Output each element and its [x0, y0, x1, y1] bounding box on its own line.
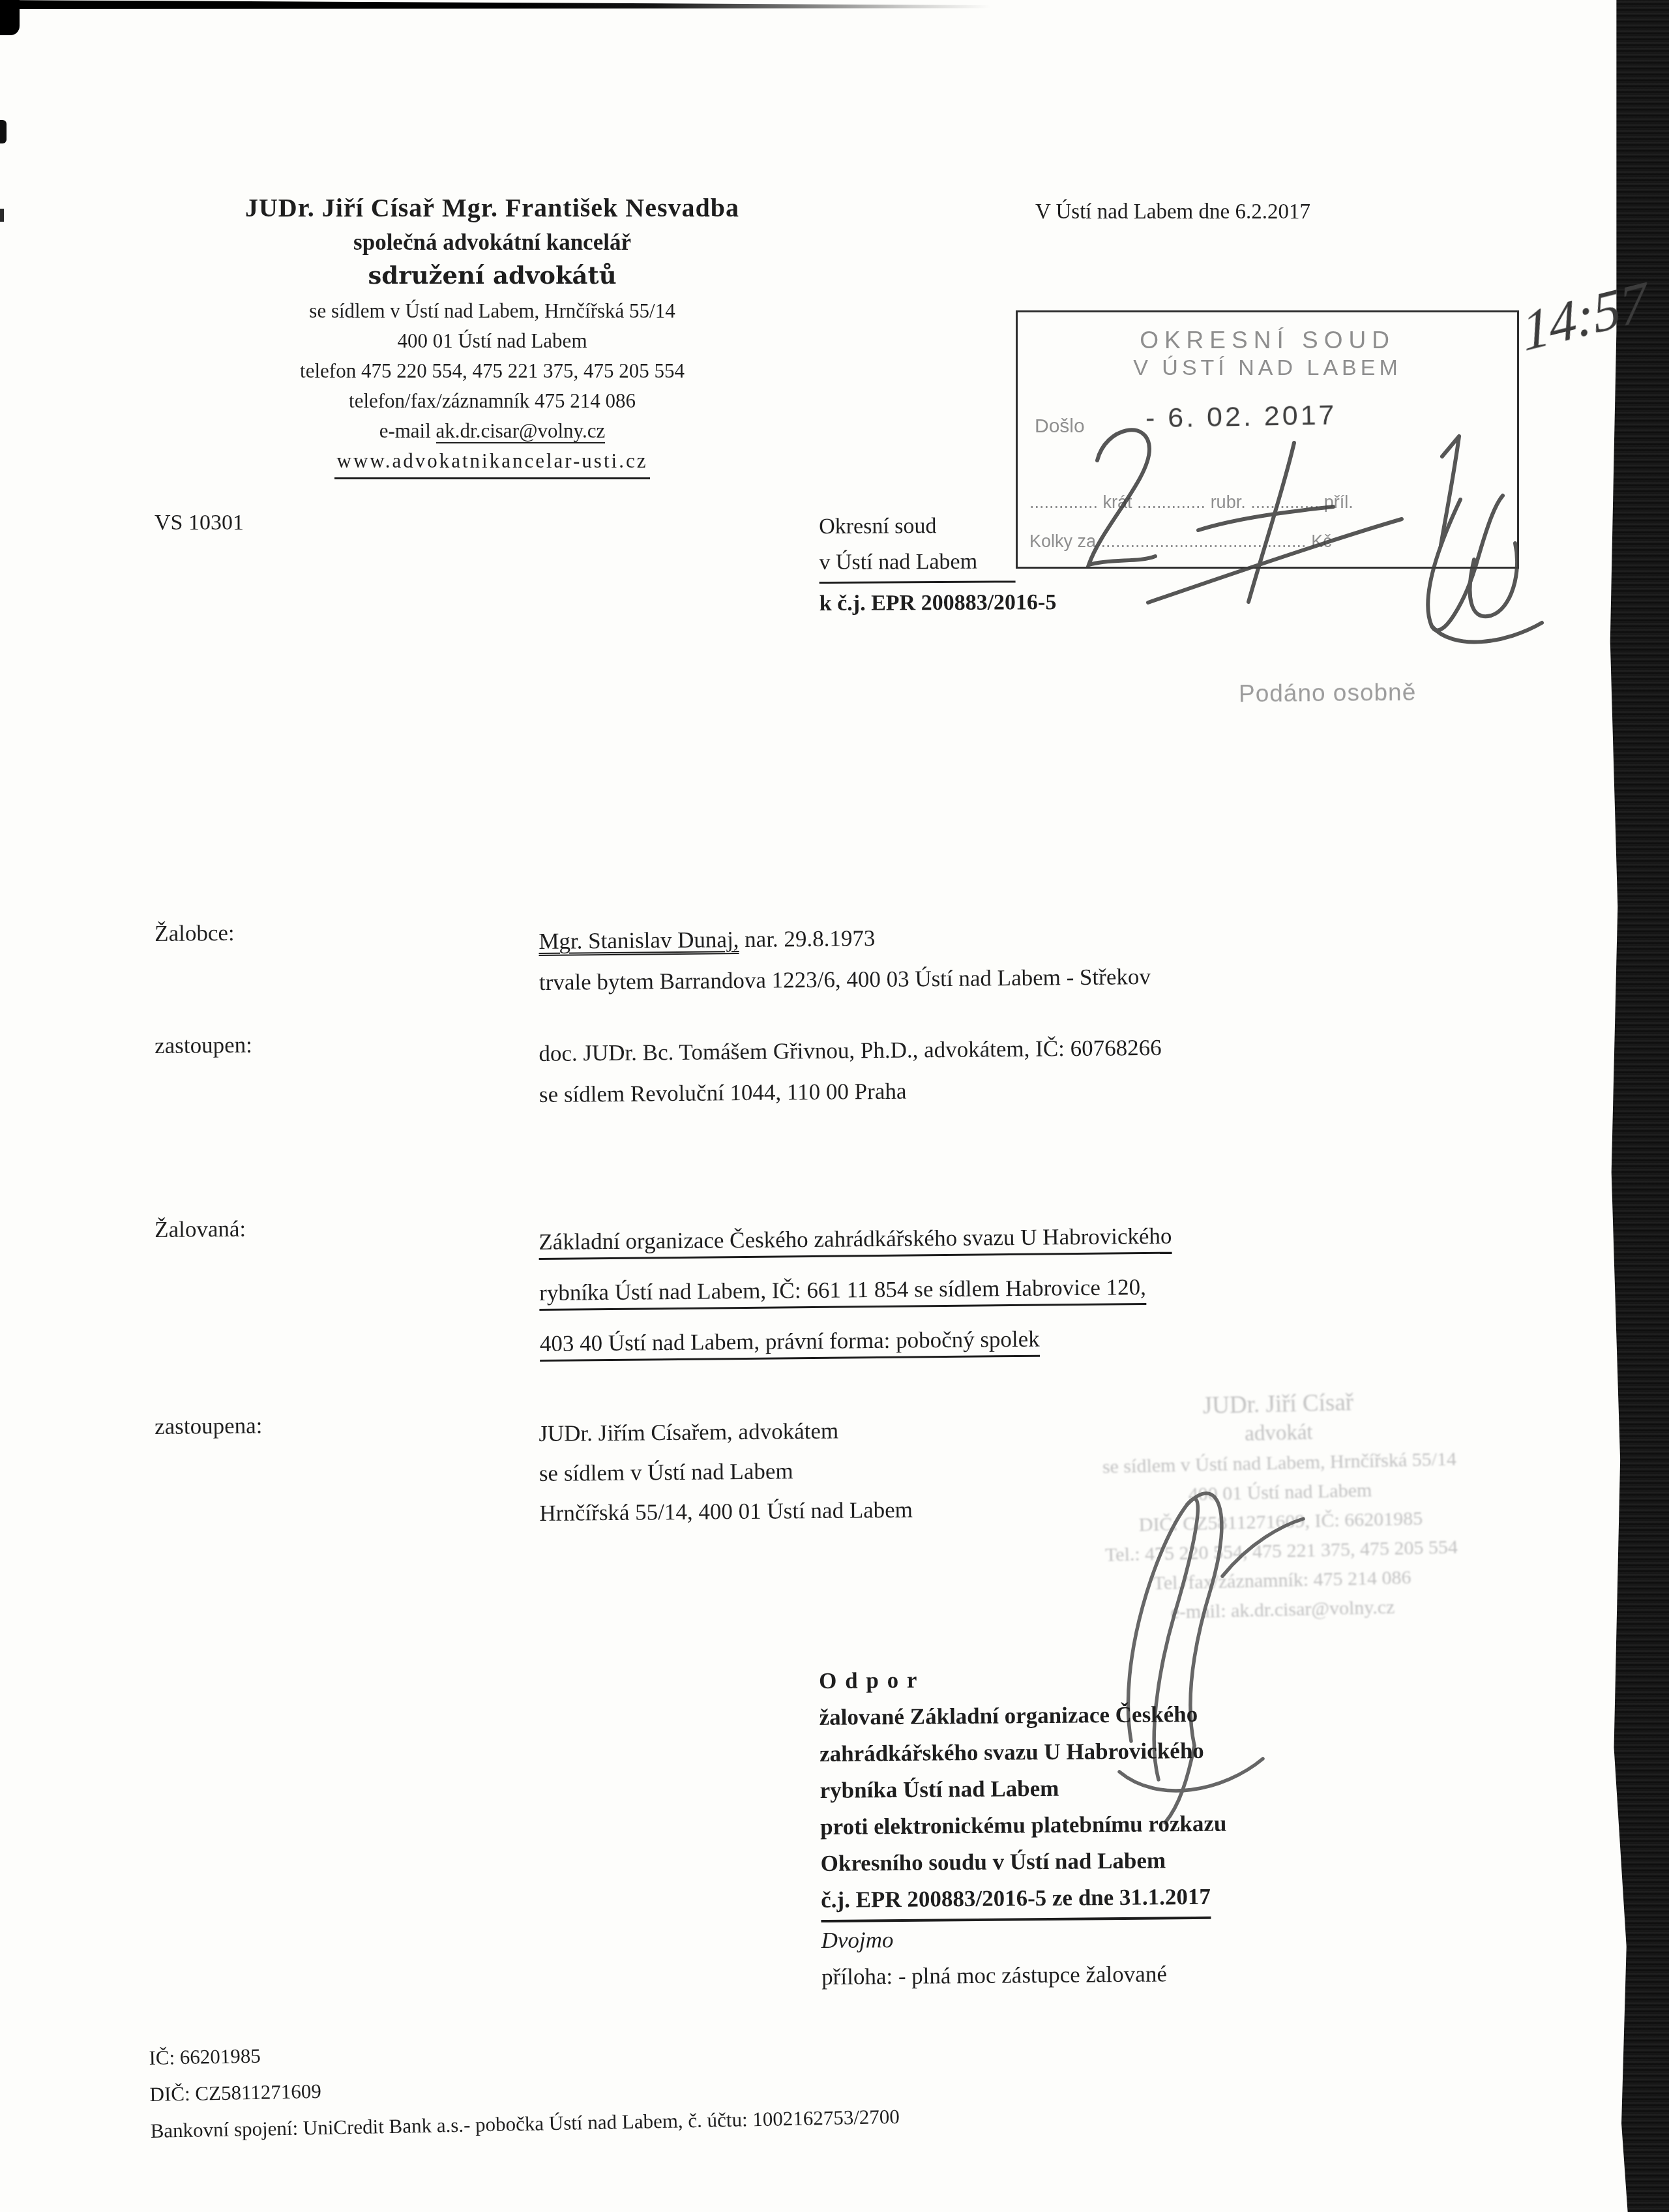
- attachment-note: příloha: - plná moc zástupce žalované: [821, 1952, 1584, 1995]
- letterhead-subtitle-2: sdružení advokátů: [117, 261, 867, 290]
- letterhead-website: www.advokatnikancelar-usti.cz: [334, 446, 651, 479]
- plaintiff-representative-details: doc. JUDr. Bc. Tomášem Gřivnou, Ph.D., a…: [539, 1023, 1576, 1115]
- scan-artifact-left-mark: [0, 120, 7, 143]
- subject-title: O d p o r: [819, 1656, 1582, 1699]
- kc-label: Kč: [1311, 531, 1332, 551]
- court-stamp-fee-row: Kolky za ...............................…: [1029, 531, 1512, 552]
- submitted-in-person-stamp: Podáno osobně: [1239, 679, 1417, 708]
- plaintiff-label: Žalobce:: [155, 920, 235, 947]
- court-stamp-court-name-line-2: V ÚSTÍ NAD LABEM: [1018, 355, 1517, 381]
- attorney-rubber-stamp: JUDr. Jiří Císař advokát se sídlem v Úst…: [958, 1382, 1603, 1632]
- handwritten-initials-tail: [1432, 623, 1542, 642]
- defendant-representative-label: zastoupena:: [155, 1412, 263, 1440]
- dots: ..............: [1250, 492, 1319, 512]
- court-arrival-stamp: OKRESNÍ SOUD V ÚSTÍ NAD LABEM Došlo - 6.…: [1016, 310, 1519, 569]
- letterhead: JUDr. Jiří Císař Mgr. František Nesvadba…: [117, 192, 867, 479]
- letterhead-subtitle-1: společná advokátní kancelář: [117, 230, 867, 256]
- reference-number: VS 10301: [155, 511, 244, 535]
- letterhead-phone-line-2: telefon/fax/záznamník 475 214 086: [117, 386, 867, 416]
- letterhead-address-line-1: se sídlem v Ústí nad Labem, Hrnčířská 55…: [117, 296, 867, 326]
- letterhead-firm-names: JUDr. Jiří Císař Mgr. František Nesvadba: [117, 192, 867, 223]
- letterhead-website-line: www.advokatnikancelar-usti.cz: [117, 446, 867, 479]
- defendant-underlined-text: 403 40 Ústí nad Labem, právní forma: pob…: [540, 1325, 1040, 1362]
- court-stamp-court-name-line-1: OKRESNÍ SOUD: [1018, 327, 1517, 354]
- plaintiff-birthdate: nar. 29.8.1973: [739, 925, 875, 952]
- dots: ..............: [1137, 492, 1205, 512]
- footer-block: IČ: 66201985 DIČ: CZ5811271609 Bankovní …: [149, 2025, 900, 2149]
- scan-artifact-left-mark: [0, 209, 4, 222]
- court-stamp-received-date: - 6. 02. 2017: [1145, 399, 1337, 434]
- scanned-legal-document-page: JUDr. Jiří Císař Mgr. František Nesvadba…: [0, 0, 1669, 2212]
- scan-artifact-top-left-corner: [0, 0, 20, 35]
- pril-label: příl.: [1324, 492, 1353, 512]
- plaintiff-details: Mgr. Stanislav Dunaj, nar. 29.8.1973 trv…: [539, 911, 1576, 1003]
- plaintiff-name-underlined: Mgr. Stanislav Dunaj,: [539, 927, 739, 956]
- subject-case-number-line: č.j. EPR 200883/2016-5 ze dne 31.1.2017: [821, 1876, 1584, 1922]
- defendant-underlined-text: rybníka Ústí nad Labem, IČ: 661 11 854 s…: [539, 1273, 1146, 1311]
- copies-note: Dvojmo: [821, 1916, 1584, 1959]
- letterhead-email-address: ak.dr.cisar@volny.cz: [436, 419, 606, 443]
- defendant-line-3: 403 40 Ústí nad Labem, právní forma: pob…: [539, 1309, 1576, 1369]
- defendant-label: Žalovaná:: [155, 1216, 246, 1243]
- subject-line-5: Okresního soudu v Ústí nad Labem: [820, 1839, 1583, 1882]
- letterhead-email-line: e-mail ak.dr.cisar@volny.cz: [117, 416, 867, 446]
- letterhead-phone-line-1: telefon 475 220 554, 475 221 375, 475 20…: [117, 356, 867, 386]
- subject-line-3: rybníka Ústí nad Labem: [820, 1766, 1582, 1809]
- defendant-underlined-text: Základní organizace Českého zahrádkářské…: [539, 1222, 1172, 1260]
- dots: ........................................…: [1101, 531, 1307, 551]
- subject-block: O d p o r žalované Základní organizace Č…: [819, 1656, 1584, 1995]
- scan-artifact-top-bar: [0, 0, 991, 11]
- court-name-line-1: Okresní soud: [819, 507, 1056, 545]
- subject-line-1: žalované Základní organizace Českého: [819, 1693, 1582, 1736]
- court-city-underlined: v Ústí nad Labem: [819, 543, 1015, 584]
- defendant-line-1: Základní organizace Českého zahrádkářské…: [539, 1207, 1576, 1268]
- addressed-court-block: Okresní soud v Ústí nad Labem k č.j. EPR…: [819, 507, 1056, 621]
- letterhead-email-label: e-mail: [379, 419, 436, 442]
- document-date-line: V Ústí nad Labem dne 6.2.2017: [1035, 200, 1310, 224]
- court-stamp-copies-row: .............. krát .............. rubr.…: [1029, 492, 1512, 513]
- subject-line-4: proti elektronickému platebnímu rozkazu: [820, 1802, 1583, 1846]
- defendant-details: Základní organizace Českého zahrádkářské…: [539, 1207, 1576, 1369]
- subject-case-number-underlined: č.j. EPR 200883/2016-5 ze dne 31.1.2017: [821, 1879, 1211, 1922]
- court-stamp-received-label: Došlo: [1035, 415, 1085, 438]
- rubr-label: rubr.: [1211, 492, 1246, 512]
- subject-line-2: zahrádkářského svazu U Habrovického: [820, 1729, 1582, 1772]
- case-number-line: k č.j. EPR 200883/2016-5: [820, 584, 1057, 621]
- defendant-line-2: rybníka Ústí nad Labem, IČ: 661 11 854 s…: [539, 1258, 1576, 1319]
- plaintiff-representative-label: zastoupen:: [155, 1032, 252, 1059]
- krat-label: krát: [1103, 492, 1132, 512]
- letterhead-address-line-2: 400 01 Ústí nad Labem: [117, 326, 867, 356]
- court-name-line-2: v Ústí nad Labem: [819, 543, 1056, 584]
